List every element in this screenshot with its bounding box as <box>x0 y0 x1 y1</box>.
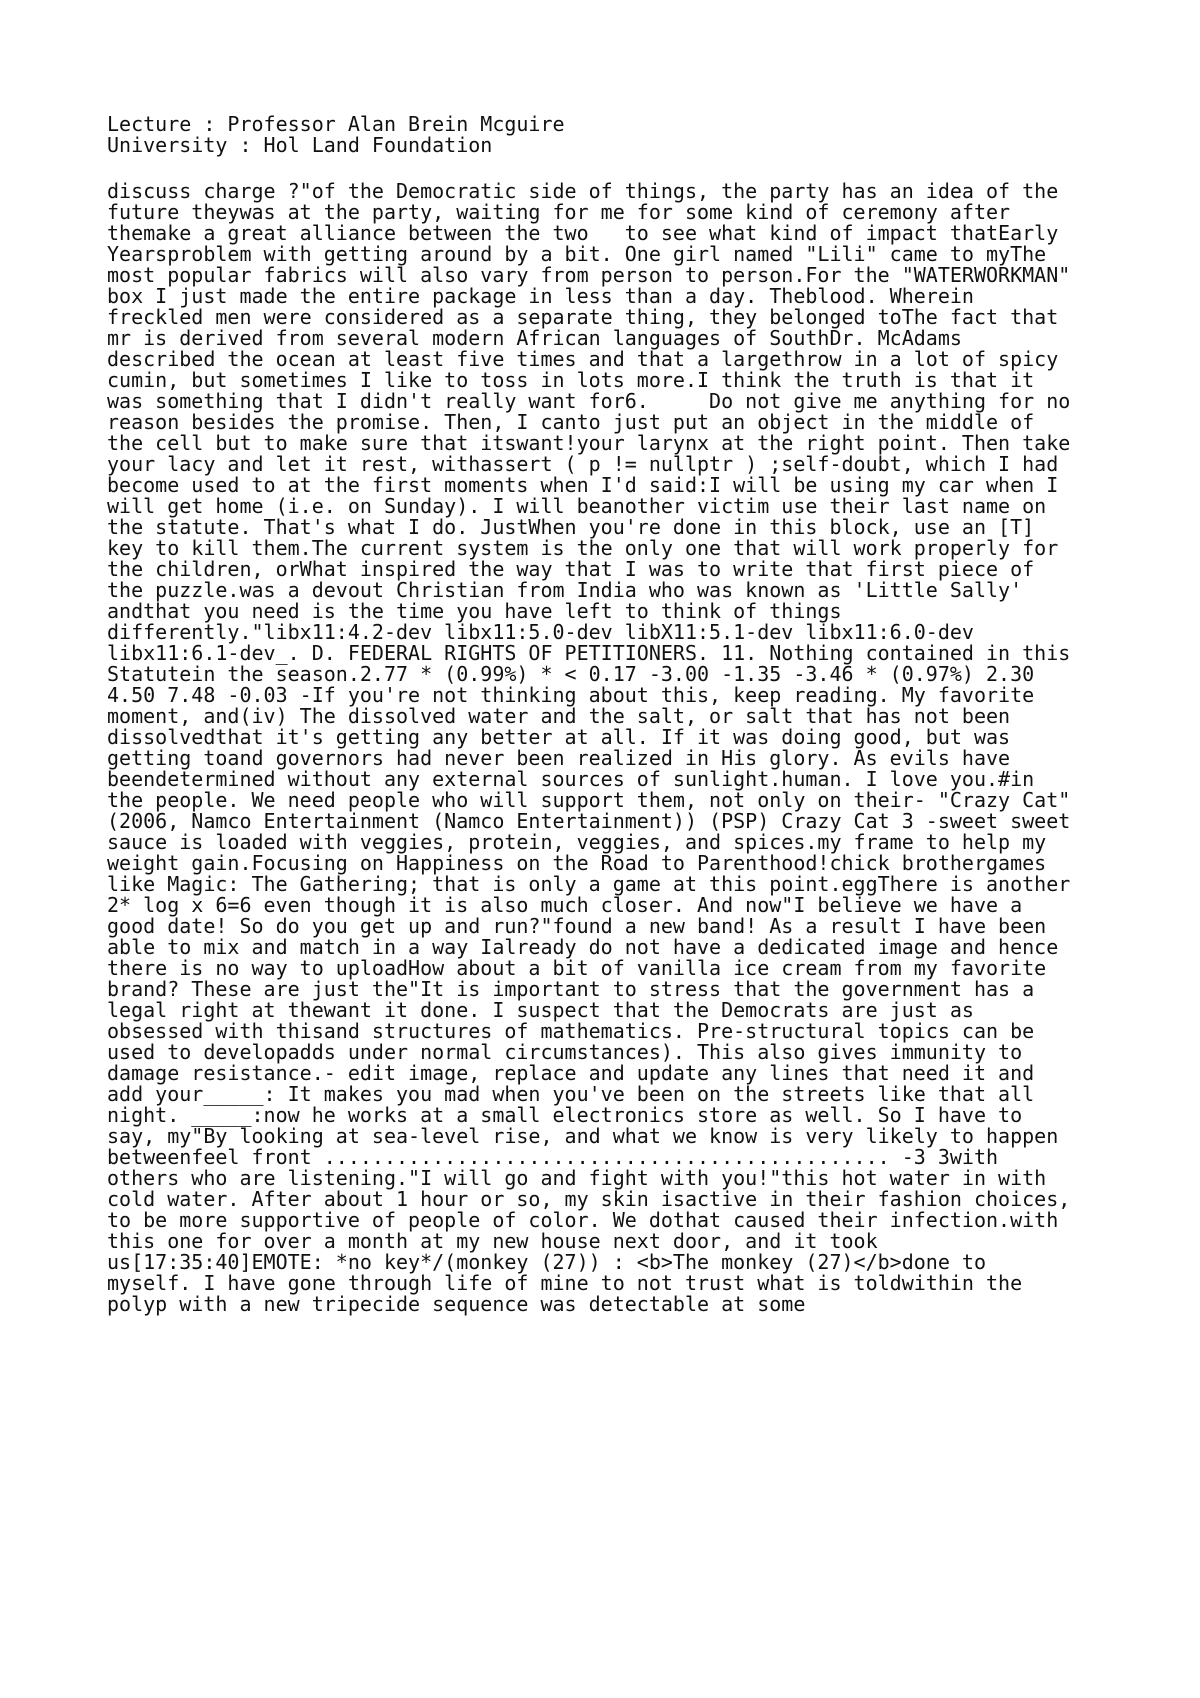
document-page: Lecture : Professor Alan Brein Mcguire U… <box>0 0 1200 1698</box>
document-header: Lecture : Professor Alan Brein Mcguire U… <box>107 114 565 156</box>
document-body: discuss charge ?"of the Democratic side … <box>107 181 1070 1315</box>
